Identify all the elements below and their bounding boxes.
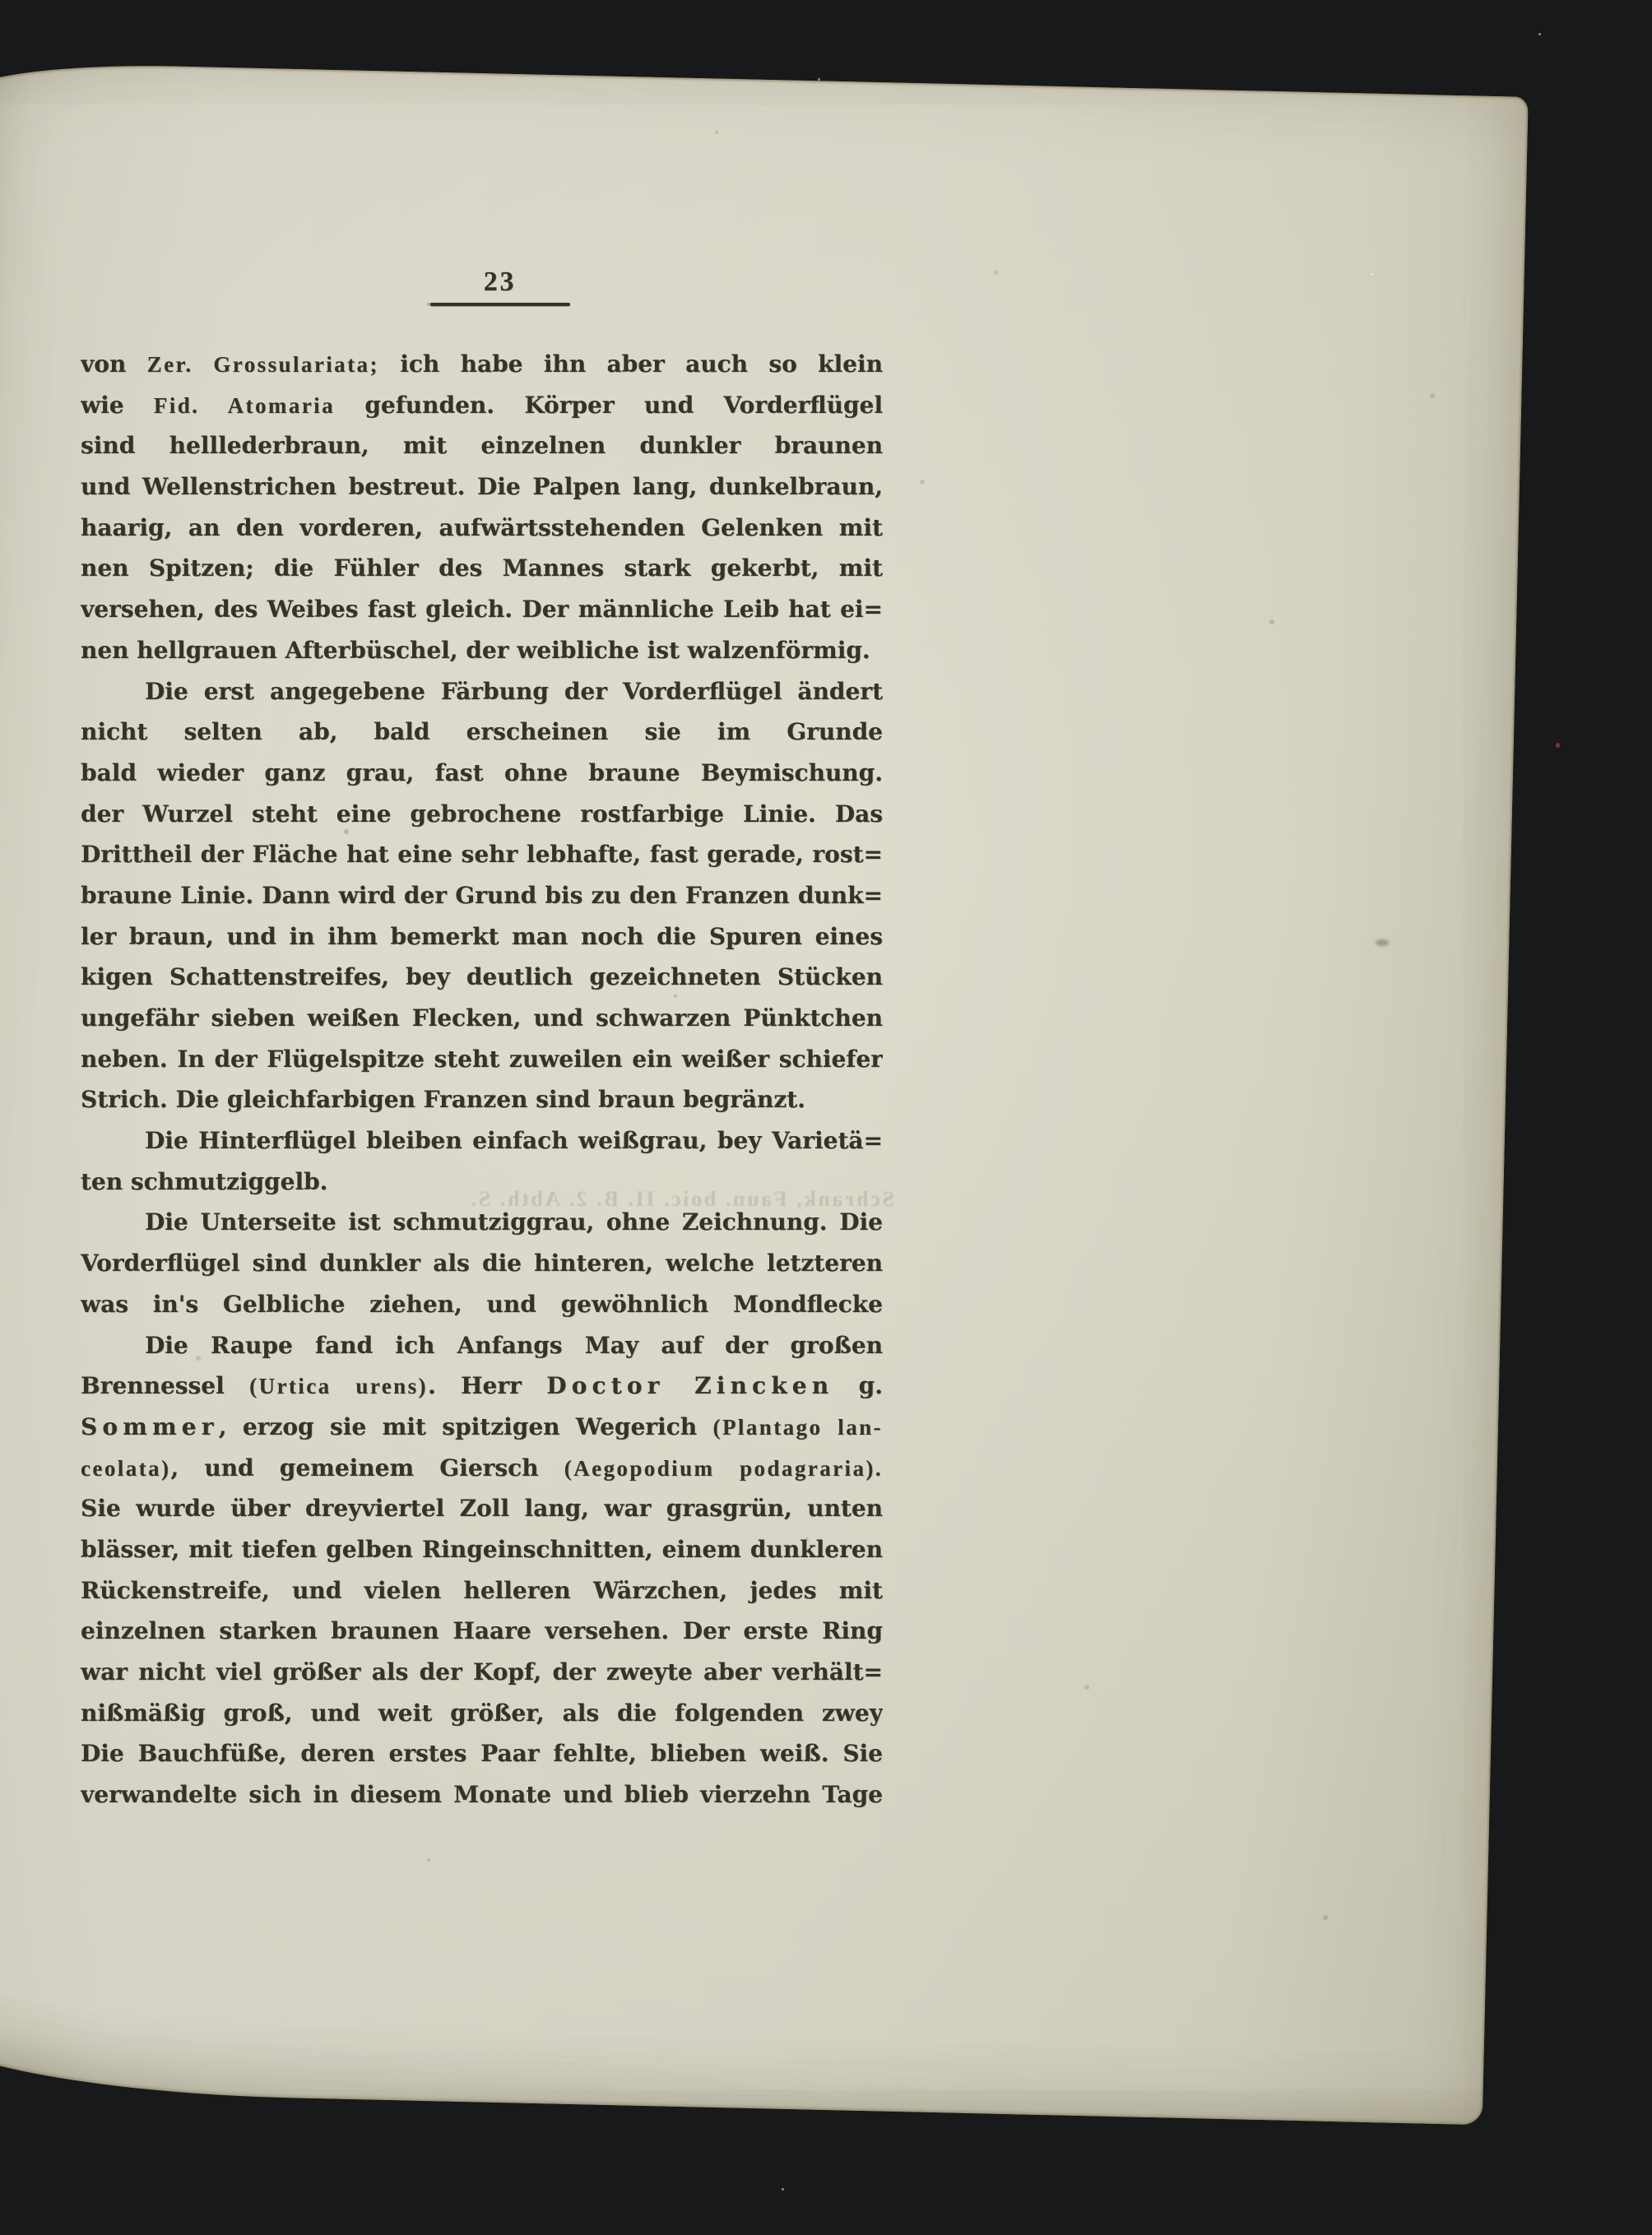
fraktur-text: braune Linie. Dann wird der Grund bis zu… <box>81 882 883 909</box>
latin-name-text: (Plantago lan- <box>713 1415 883 1440</box>
fraktur-text: Die erst angegebene Färbung der Vorderfl… <box>145 678 883 705</box>
fraktur-text: neben. In der Flügelspitze steht zuweile… <box>81 1046 883 1073</box>
text-line: nen Spitzen; die Fühler des Mannes stark… <box>81 548 883 589</box>
text-line: blässer, mit tiefen gelben Ringeinschnit… <box>81 1529 883 1570</box>
spaced-name-text: Doctor Zincken <box>546 1372 833 1399</box>
fraktur-text: Die Hinterflügel bleiben einfach weißgra… <box>145 1127 883 1154</box>
text-line: bald wieder ganz grau, fast ohne braune … <box>81 753 883 794</box>
fraktur-text: sind helllederbraun, mit einzelnen dunkl… <box>81 432 883 466</box>
text-line: einzelnen starken braunen Haare versehen… <box>81 1611 883 1652</box>
dust-speck <box>1538 33 1541 35</box>
text-line: Die Bauchfüße, deren erstes Paar fehlte,… <box>81 1733 883 1774</box>
fraktur-text: nißmäßig groß, und weit größer, als die … <box>81 1699 883 1734</box>
fraktur-text: Sie wurde über dreyviertel Zoll lang, wa… <box>81 1495 883 1522</box>
fraktur-text: , und gemeinem Giersch <box>170 1454 564 1481</box>
fraktur-text: gefunden. Körper und Vorderflügel <box>335 392 883 419</box>
text-line: Strich. Die gleichfarbigen Franzen sind … <box>81 1079 883 1120</box>
page-number-rule <box>430 303 570 306</box>
paper-specks <box>0 0 2 2</box>
dust-speck <box>1371 273 1373 276</box>
fraktur-text: der Wurzel steht eine gebrochene rostfar… <box>81 800 883 835</box>
fraktur-text: Rückenstreife, und vielen helleren Wärzc… <box>81 1577 883 1611</box>
fraktur-text: Die Raupe fand ich Anfangs May auf der g… <box>145 1332 883 1359</box>
fraktur-text: bald wieder ganz grau, fast ohne braune … <box>81 759 883 794</box>
text-line: braune Linie. Dann wird der Grund bis zu… <box>81 875 883 916</box>
fraktur-text: , erzog sie mit spitzigen Wegerich <box>219 1413 713 1440</box>
text-line: neben. In der Flügelspitze steht zuweile… <box>81 1039 883 1080</box>
fraktur-text: versehen, des Weibes fast gleich. Der mä… <box>81 596 883 623</box>
fraktur-text: ler braun, und in ihm bemerkt man noch d… <box>81 923 883 958</box>
text-line: ler braun, und in ihm bemerkt man noch d… <box>81 916 883 958</box>
text-line: ceolata), und gemeinem Giersch (Aegopodi… <box>81 1448 883 1489</box>
fraktur-text: wie <box>81 392 154 419</box>
red-dust-speck <box>1556 743 1560 748</box>
scan-background: 23 Schrank, Faun. boic. II. B. 2. Abth. … <box>0 0 1652 2235</box>
text-line: Die Unterseite ist schmutziggrau, ohne Z… <box>81 1202 883 1243</box>
latin-name-text: ceolata) <box>81 1456 170 1481</box>
text-line: Vorderflügel sind dunkler als die hinter… <box>81 1243 883 1284</box>
text-line: versehen, des Weibes fast gleich. Der mä… <box>81 589 883 630</box>
fraktur-text: verwandelte sich in diesem Monate und bl… <box>81 1781 883 1815</box>
text-line: Drittheil der Fläche hat eine sehr lebha… <box>81 834 883 875</box>
text-line: Die erst angegebene Färbung der Vorderfl… <box>81 671 883 712</box>
fraktur-text: g. <box>833 1372 883 1399</box>
fraktur-text: Strich. Die gleichfarbigen Franzen sind … <box>81 1086 805 1113</box>
fraktur-text: einzelnen starken braunen Haare versehen… <box>81 1617 883 1644</box>
fraktur-text: nicht selten ab, bald erscheinen sie im … <box>81 718 883 753</box>
page-number: 23 <box>484 268 516 296</box>
fraktur-text: nen Spitzen; die Fühler des Mannes stark… <box>81 554 883 589</box>
fraktur-text: Drittheil der Fläche hat eine sehr lebha… <box>81 841 883 868</box>
fraktur-text: ich habe ihn aber auch so klein <box>379 350 883 378</box>
fraktur-text: von <box>81 350 147 378</box>
text-line: war nicht viel größer als der Kopf, der … <box>81 1652 883 1693</box>
page-header: 23 <box>99 268 901 306</box>
fraktur-text: ten schmutziggelb. <box>81 1168 327 1195</box>
text-line: der Wurzel steht eine gebrochene rostfar… <box>81 794 883 835</box>
fraktur-text: ungefähr sieben weißen Flecken, und schw… <box>81 1004 883 1039</box>
text-block: von Zer. Grossulariata; ich habe ihn abe… <box>81 344 883 1815</box>
text-line: nen hellgrauen Afterbüschel, der weiblic… <box>81 630 883 671</box>
text-line: Die Hinterflügel bleiben einfach weißgra… <box>81 1120 883 1162</box>
latin-name-text: (Aegopodium podagraria). <box>564 1456 883 1481</box>
text-line: nißmäßig groß, und weit größer, als die … <box>81 1693 883 1734</box>
fraktur-text: nen hellgrauen Afterbüschel, der weiblic… <box>81 637 870 664</box>
fraktur-text: was in's Gelbliche ziehen, und gewöhnlic… <box>81 1291 883 1325</box>
fraktur-text: war nicht viel größer als der Kopf, der … <box>81 1658 883 1686</box>
dust-speck <box>782 2188 784 2191</box>
text-line: wie Fid. Atomaria gefunden. Körper und V… <box>81 385 883 426</box>
ink-smudge <box>1376 939 1389 946</box>
fraktur-text: Vorderflügel sind dunkler als die hinter… <box>81 1250 883 1284</box>
fraktur-text: und Wellenstrichen bestreut. Die Palpen … <box>81 473 883 500</box>
text-line: nicht selten ab, bald erscheinen sie im … <box>81 712 883 753</box>
text-line: sind helllederbraun, mit einzelnen dunkl… <box>81 425 883 466</box>
latin-name-text: Zer. Grossulariata; <box>147 352 379 377</box>
text-line: haarig, an den vorderen, aufwärtsstehend… <box>81 508 883 549</box>
text-line: Die Raupe fand ich Anfangs May auf der g… <box>81 1325 883 1366</box>
text-line: was in's Gelbliche ziehen, und gewöhnlic… <box>81 1284 883 1325</box>
text-line: Rückenstreife, und vielen helleren Wärzc… <box>81 1570 883 1611</box>
fraktur-text: Die Unterseite ist schmutziggrau, ohne Z… <box>145 1208 883 1236</box>
fraktur-text: Brennessel <box>81 1372 249 1399</box>
text-line: kigen Schattenstreifes, bey deutlich gez… <box>81 957 883 998</box>
fraktur-text: Die Bauchfüße, deren erstes Paar fehlte,… <box>81 1740 883 1767</box>
text-line: ungefähr sieben weißen Flecken, und schw… <box>81 998 883 1039</box>
fraktur-text: haarig, an den vorderen, aufwärtsstehend… <box>81 514 883 549</box>
text-line: und Wellenstrichen bestreut. Die Palpen … <box>81 466 883 508</box>
text-line: ten schmutziggelb. <box>81 1162 883 1203</box>
text-line: Sie wurde über dreyviertel Zoll lang, wa… <box>81 1488 883 1529</box>
fraktur-text: kigen Schattenstreifes, bey deutlich gez… <box>81 963 883 998</box>
text-line: Sommer, erzog sie mit spitzigen Wegerich… <box>81 1407 883 1448</box>
latin-name-text: (Urtica urens) <box>249 1374 428 1398</box>
dust-speck <box>818 78 820 81</box>
fraktur-text: . Herr <box>428 1372 546 1399</box>
text-line: Brennessel (Urtica urens). Herr Doctor Z… <box>81 1366 883 1407</box>
text-line: von Zer. Grossulariata; ich habe ihn abe… <box>81 344 883 385</box>
fraktur-text: blässer, mit tiefen gelben Ringeinschnit… <box>81 1536 883 1563</box>
spaced-name-text: Sommer <box>81 1413 219 1440</box>
latin-name-text: Fid. Atomaria <box>154 393 335 418</box>
text-line: verwandelte sich in diesem Monate und bl… <box>81 1774 883 1815</box>
